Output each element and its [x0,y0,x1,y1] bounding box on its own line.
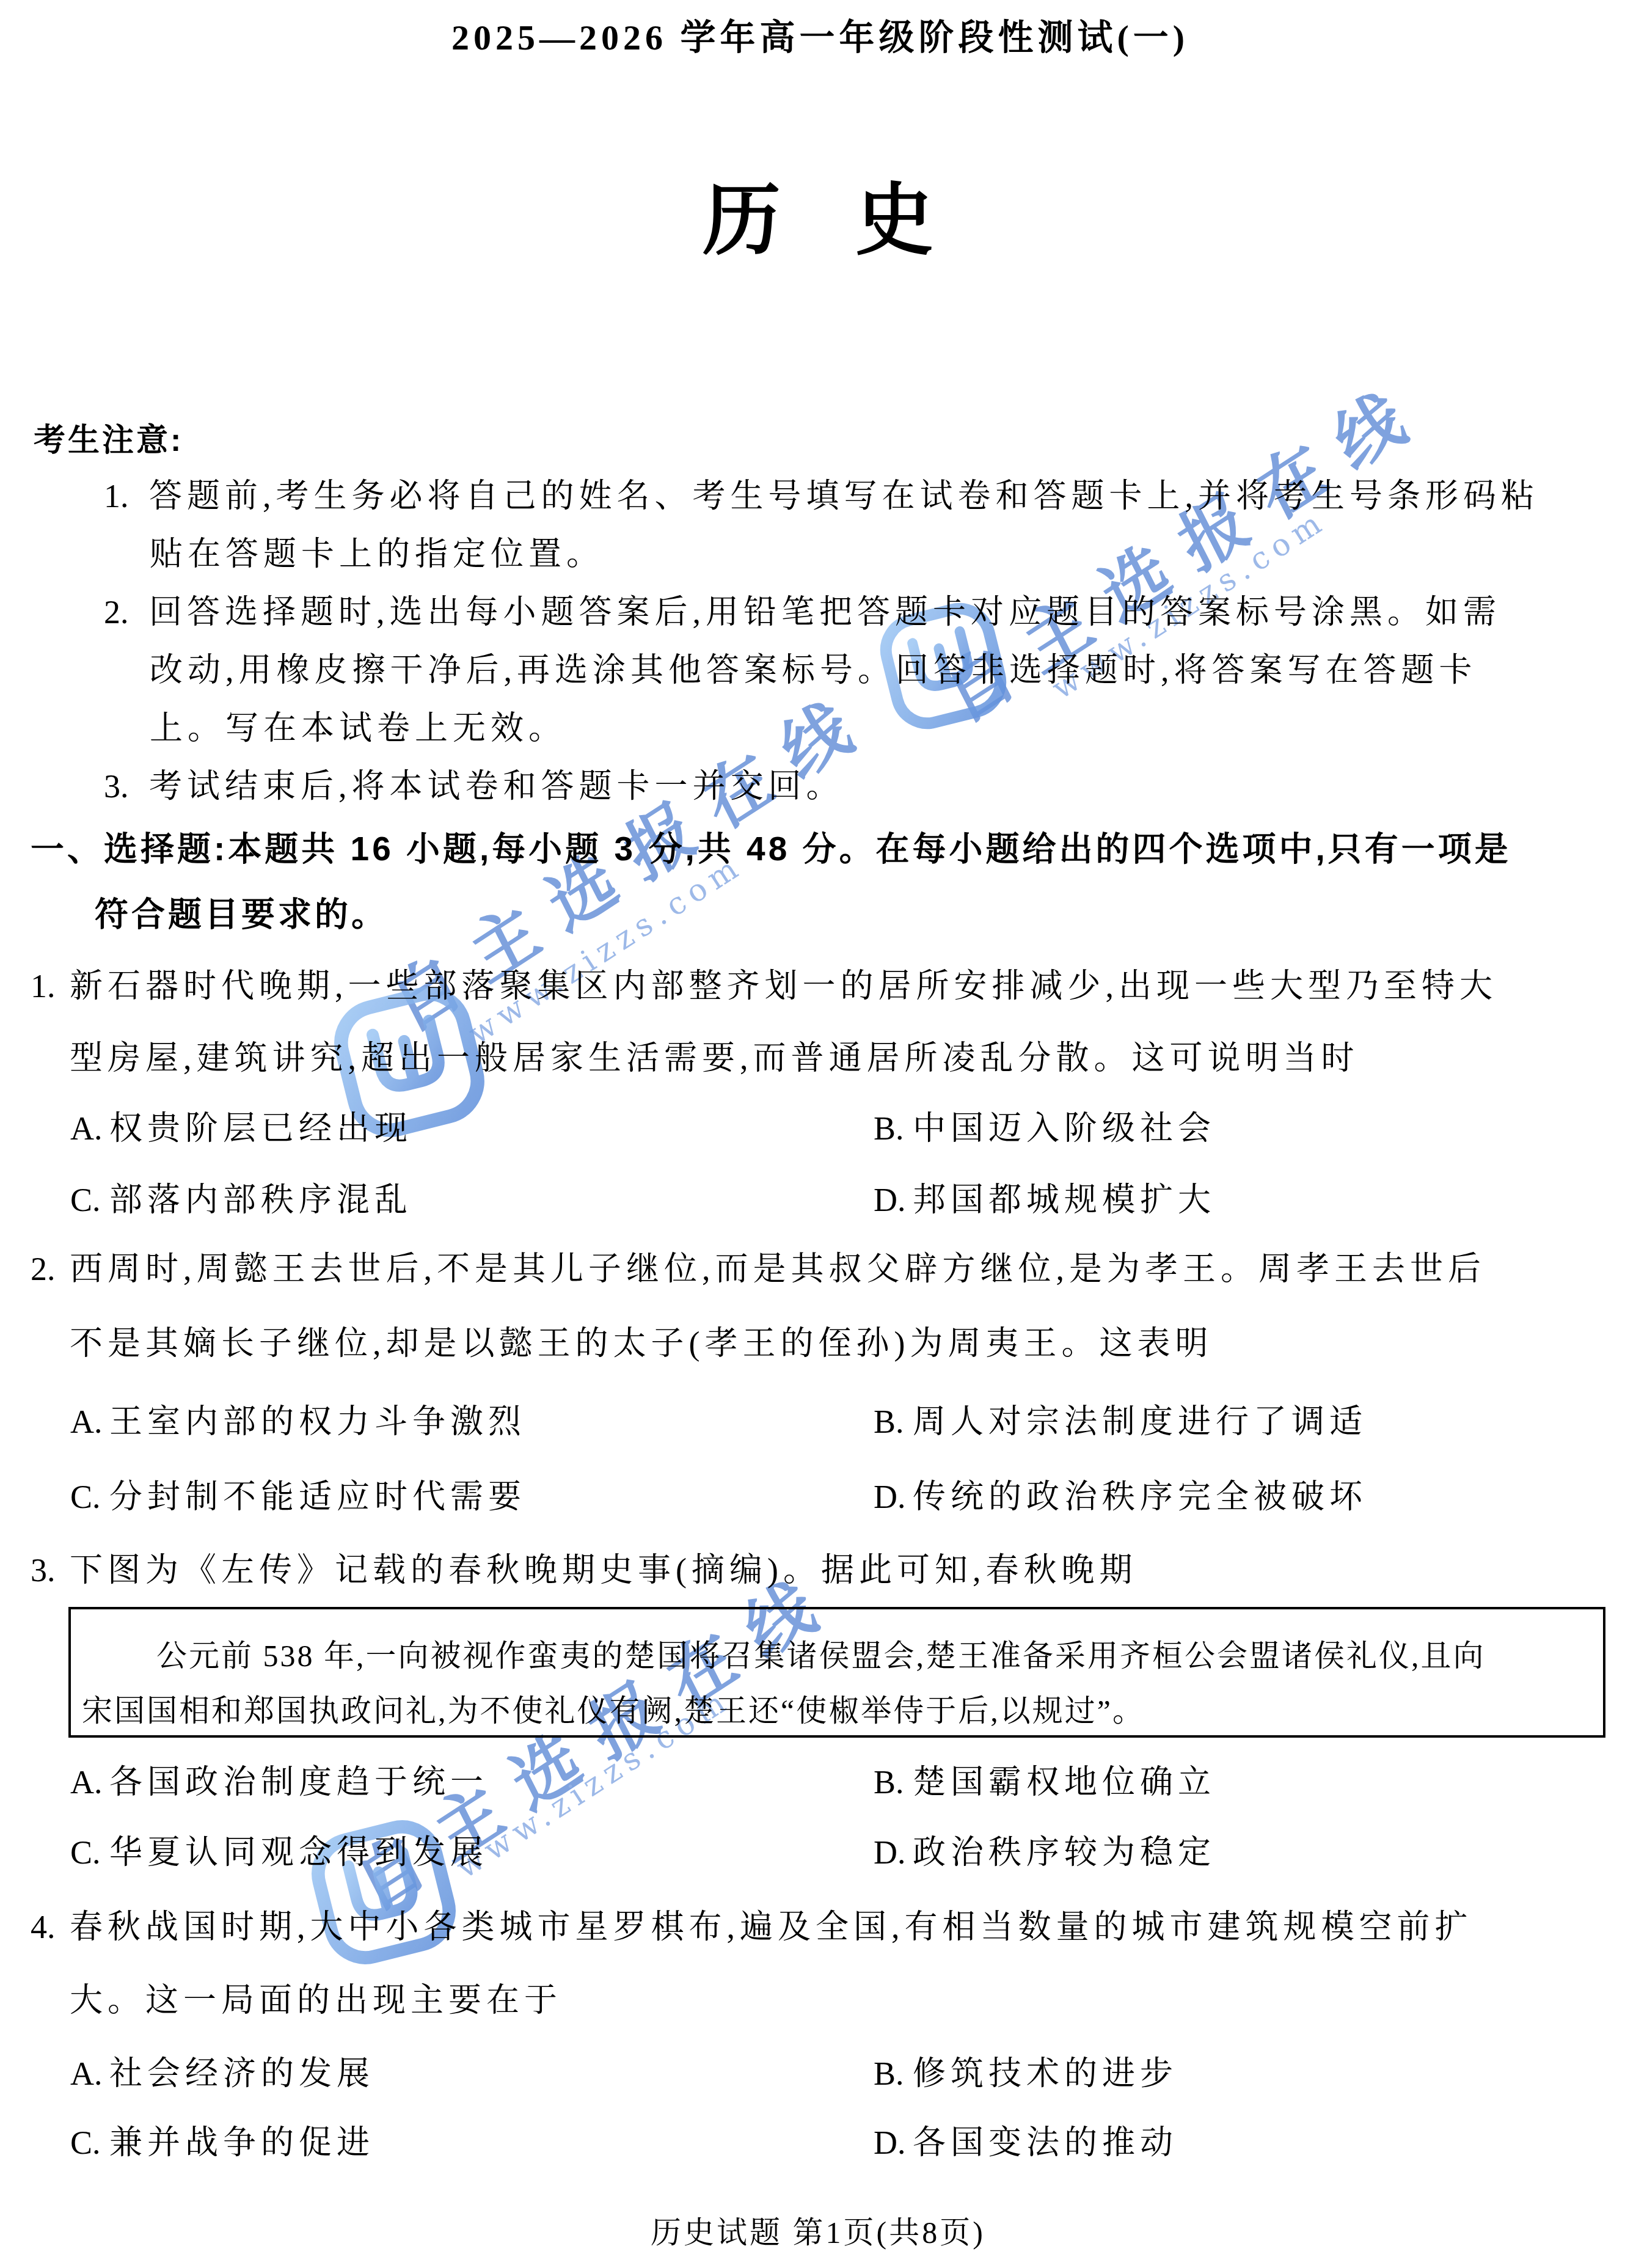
notice-item-3-number: 3. [104,769,149,804]
option-text: 华夏认同观念得到发展 [109,1834,488,1871]
question-3-stem-text: 下图为《左传》记载的春秋晚期史事(摘编)。据此可知,春秋晚期 [70,1552,1137,1589]
question-4-stem-line-2: 大。这一局面的出现主要在于 [70,1983,562,2018]
option-label: A. [70,2056,109,2091]
notice-item-2-line-1: 2.回答选择题时,选出每小题答案后,用铅笔把答题卡对应题目的答案标号涂黑。如需 [104,594,1501,630]
question-2-stem-line-2: 不是其嫡长子继位,却是以懿王的太子(孝王的侄孙)为周夷王。这表明 [70,1326,1213,1361]
question-2-option-a: A.王室内部的权力斗争激烈 [70,1404,526,1439]
option-label: C. [70,1835,109,1870]
option-text: 政治秩序较为稳定 [913,1834,1216,1871]
question-2-option-b: B.周人对宗法制度进行了调适 [874,1404,1367,1439]
option-label: C. [70,1182,109,1218]
question-3-option-d: D.政治秩序较为稳定 [874,1835,1216,1870]
option-label: B. [874,2056,913,2091]
option-label: A. [70,1404,109,1439]
question-1-option-b: B.中国迈入阶级社会 [874,1111,1216,1146]
option-label: A. [70,1765,109,1800]
section-heading-line-1: 一、选择题:本题共 16 小题,每小题 3 分,共 48 分。在每小题给出的四个… [31,831,1511,867]
question-2-stem-line-1: 2.西周时,周懿王去世后,不是其儿子继位,而是其叔父辟方继位,是为孝王。周孝王去… [31,1251,1486,1287]
option-text: 部落内部秩序混乱 [109,1182,412,1218]
question-3-option-a: A.各国政治制度趋于统一 [70,1765,488,1800]
option-text: 王室内部的权力斗争激烈 [109,1403,526,1440]
option-label: A. [70,1111,109,1146]
question-2-stem-text: 西周时,周懿王去世后,不是其儿子继位,而是其叔父辟方继位,是为孝王。周孝王去世后 [70,1251,1486,1287]
option-text: 分封制不能适应时代需要 [109,1479,526,1515]
option-label: D. [874,2125,913,2160]
notice-heading: 考生注意: [34,414,183,460]
option-label: D. [874,1835,913,1870]
question-4-option-a: A.社会经济的发展 [70,2056,374,2091]
option-label: B. [874,1404,913,1439]
option-text: 各国政治制度趋于统一 [109,1764,488,1801]
notice-item-1-text: 答题前,考生务必将自己的姓名、考生号填写在试卷和答题卡上,并将考生号条形码粘 [149,478,1539,514]
option-text: 传统的政治秩序完全被破坏 [913,1479,1367,1515]
notice-item-1-line-2: 贴在答题卡上的指定位置。 [150,536,604,572]
source-box-line-2: 宋国国相和郑国执政问礼,为不使礼仪有阙,楚王还“使椒举侍于后,以规过”。 [82,1686,1145,1730]
option-text: 权贵阶层已经出现 [109,1110,412,1147]
notice-item-1-line-1: 1.答题前,考生务必将自己的姓名、考生号填写在试卷和答题卡上,并将考生号条形码粘 [104,478,1539,514]
question-3-number: 3. [31,1553,70,1588]
question-1-option-d: D.邦国都城规模扩大 [874,1182,1216,1218]
question-4-option-c: C.兼并战争的促进 [70,2125,374,2160]
question-3-stem-line-1: 3.下图为《左传》记载的春秋晚期史事(摘编)。据此可知,春秋晚期 [31,1553,1137,1588]
option-text: 修筑技术的进步 [913,2055,1178,2092]
notice-item-3-line-1: 3.考试结束后,将本试卷和答题卡一并交回。 [104,769,844,804]
question-3-source-box: 公元前 538 年,一向被视作蛮夷的楚国将召集诸侯盟会,楚王准备采用齐桓公会盟诸… [68,1607,1605,1738]
question-2-option-c: C.分封制不能适应时代需要 [70,1479,526,1515]
notice-item-1-number: 1. [104,478,149,514]
question-3-option-b: B.楚国霸权地位确立 [874,1765,1216,1800]
source-box-line-1: 公元前 538 年,一向被视作蛮夷的楚国将召集诸侯盟会,楚王准备采用齐桓公会盟诸… [156,1631,1486,1675]
option-label: C. [70,2125,109,2160]
option-text: 兼并战争的促进 [109,2124,374,2161]
option-text: 中国迈入阶级社会 [913,1110,1216,1147]
question-1-stem-line-2: 型房屋,建筑讲究,超出一般居家生活需要,而普通居所凌乱分散。这可说明当时 [70,1041,1359,1076]
question-1-option-c: C.部落内部秩序混乱 [70,1182,412,1218]
notice-item-3-text: 考试结束后,将本试卷和答题卡一并交回。 [149,768,844,805]
question-1-number: 1. [31,968,70,1004]
question-2-number: 2. [31,1251,70,1287]
option-text: 各国变法的推动 [913,2124,1178,2161]
page-title: 2025—2026 学年高一年级阶段性测试(一) [0,9,1636,60]
question-1-stem-line-1: 1.新石器时代晚期,一些部落聚集区内部整齐划一的居所安排减少,出现一些大型乃至特… [31,968,1497,1004]
notice-item-2-line-2: 改动,用橡皮擦干净后,再选涂其他答案标号。回答非选择题时,将答案写在答题卡 [150,653,1477,688]
subject-title: 历史 [0,158,1636,270]
exam-paper-page-1: 自主选报在线 www.zizzs.com 自主选报在线 www.zizzs.co… [0,0,1636,2268]
page-footer: 历史试题 第1页(共8页) [0,2208,1636,2252]
option-label: B. [874,1111,913,1146]
option-label: D. [874,1182,913,1218]
question-2-option-d: D.传统的政治秩序完全被破坏 [874,1479,1367,1515]
option-label: C. [70,1479,109,1515]
option-text: 邦国都城规模扩大 [913,1182,1216,1218]
notice-item-2-line-3: 上。写在本试卷上无效。 [150,711,566,746]
notice-item-2-text: 回答选择题时,选出每小题答案后,用铅笔把答题卡对应题目的答案标号涂黑。如需 [149,594,1501,631]
question-4-option-b: B.修筑技术的进步 [874,2056,1178,2091]
option-text: 社会经济的发展 [109,2055,374,2092]
question-4-number: 4. [31,1909,70,1945]
option-text: 周人对宗法制度进行了调适 [913,1403,1367,1440]
option-label: B. [874,1765,913,1800]
question-4-stem-line-1: 4.春秋战国时期,大中小各类城市星罗棋布,遍及全国,有相当数量的城市建筑规模空前… [31,1909,1473,1945]
question-4-stem-text: 春秋战国时期,大中小各类城市星罗棋布,遍及全国,有相当数量的城市建筑规模空前扩 [70,1909,1473,1945]
question-1-option-a: A.权贵阶层已经出现 [70,1111,412,1146]
notice-item-2-number: 2. [104,594,149,630]
question-3-option-c: C.华夏认同观念得到发展 [70,1835,488,1870]
question-1-stem-text: 新石器时代晚期,一些部落聚集区内部整齐划一的居所安排减少,出现一些大型乃至特大 [70,968,1497,1004]
question-4-option-d: D.各国变法的推动 [874,2125,1178,2160]
section-heading-line-2: 符合题目要求的。 [95,896,388,932]
option-text: 楚国霸权地位确立 [913,1764,1216,1801]
option-label: D. [874,1479,913,1515]
